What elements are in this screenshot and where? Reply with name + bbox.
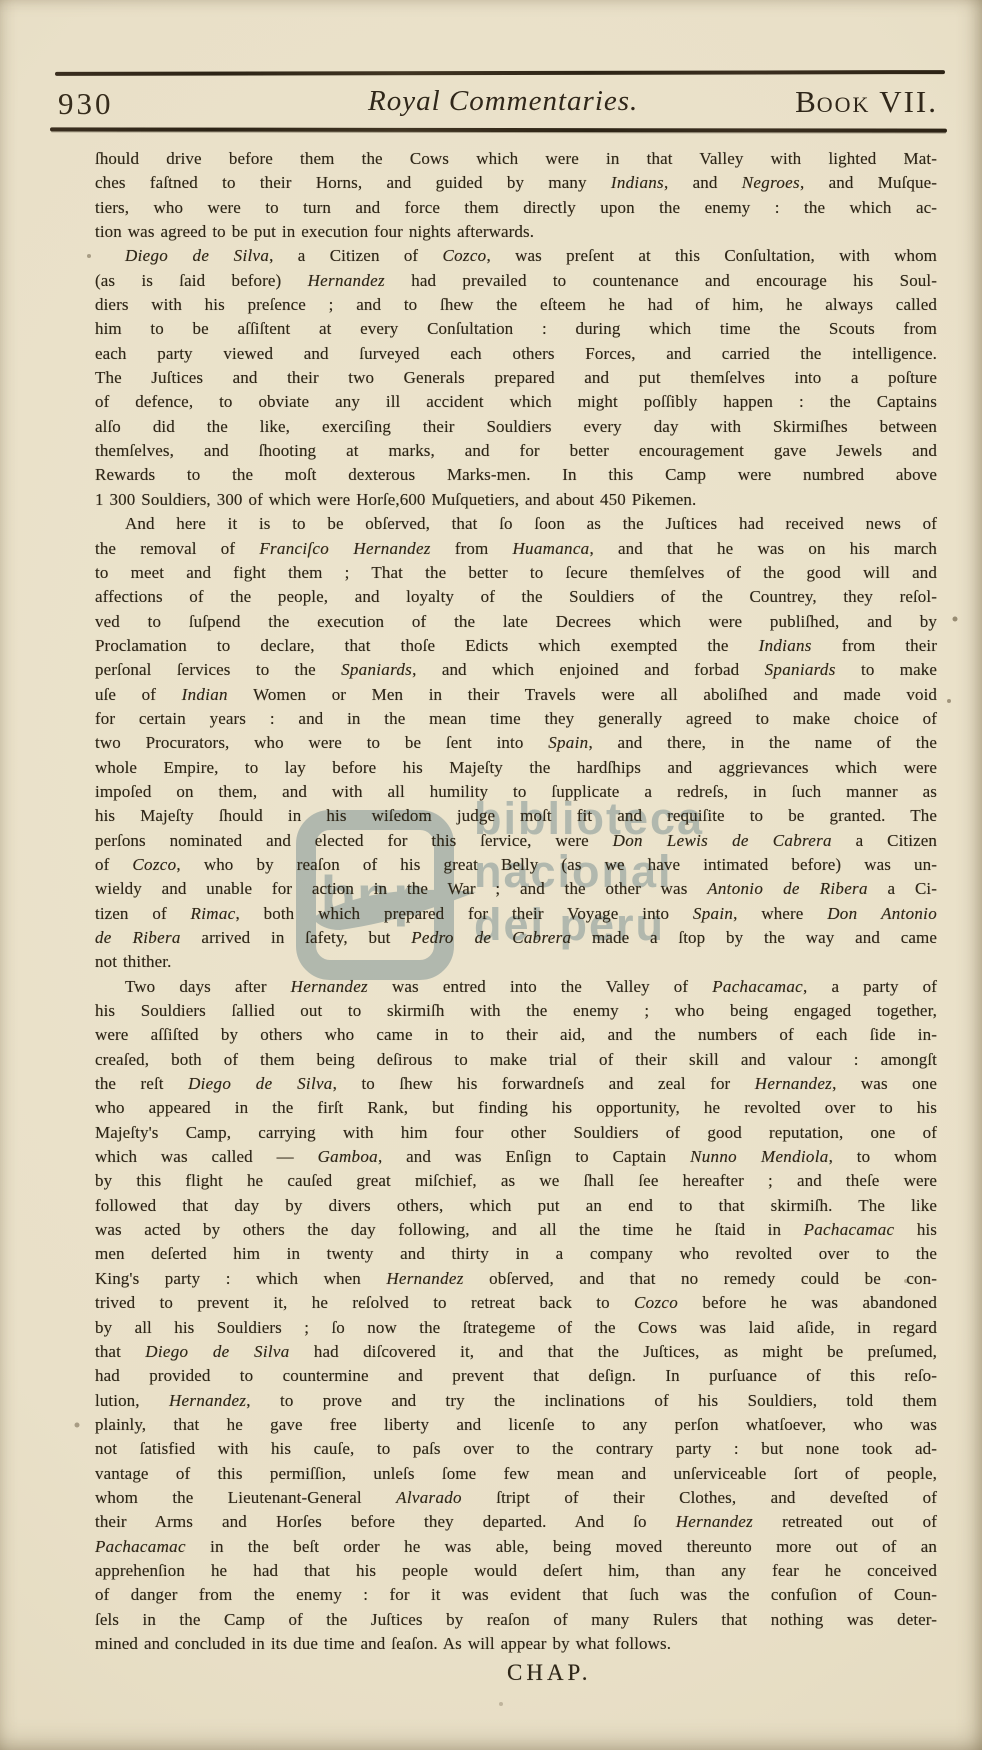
page-number: 930 (58, 86, 114, 122)
text-line: Majeſty's Camp, carrying with him four o… (95, 1121, 937, 1145)
book-numeral: VII. (879, 84, 938, 119)
text-line: their Arms and Horſes before they depart… (95, 1510, 937, 1534)
text-line: impoſed on them, and with all humility t… (95, 780, 937, 804)
text-line: 1 300 Souldiers, 300 of which were Horſe… (95, 488, 937, 512)
header-rule-bottom (50, 127, 947, 132)
catchword: CHAP. (95, 1661, 937, 1685)
text-line: whole Empire, to lay before his Majeſty … (95, 756, 937, 780)
text-line: that Diego de Silva had diſcovered it, a… (95, 1340, 937, 1364)
text-line: the reſt Diego de Silva, to ſhew his for… (95, 1072, 937, 1096)
text-line: who appeared in the firſt Rank, but find… (95, 1096, 937, 1120)
text-line: themſelves, and ſhooting at marks, and f… (95, 439, 937, 463)
text-line: not thither. (95, 950, 937, 974)
book-word-smallcaps: ook (817, 92, 871, 117)
text-line: by all his Souldiers ; ſo now the ſtrate… (95, 1316, 937, 1340)
text-line: ſhould drive before them the Cows which … (95, 147, 937, 171)
text-line: the removal of Franciſco Hernandez from … (95, 537, 937, 561)
text-line: not ſatisfied with his cauſe, to paſs ov… (95, 1437, 937, 1461)
text-line: affections of the people, and loyalty of… (95, 585, 937, 609)
text-line: plainly, that he gave free liberty and l… (95, 1413, 937, 1437)
text-line: two Procurators, who were to be ſent int… (95, 731, 937, 755)
text-line: ſels in the Camp of the Juſtices by reaſ… (95, 1608, 937, 1632)
text-line: And here it is to be obſerved, that ſo ſ… (95, 512, 937, 536)
book-page: 930 Royal Commentaries. Book VII. bnp bi… (0, 0, 982, 1750)
text-line: tiers, who were to turn and force them d… (95, 196, 937, 220)
text-line: apprehenſion he had that his people woul… (95, 1559, 937, 1583)
text-line: ved to ſuſpend the execution of the late… (95, 610, 937, 634)
text-line: ches faſtned to their Horns, and guided … (95, 171, 937, 195)
text-line: of defence, to obviate any ill accident … (95, 390, 937, 414)
text-line: King's party : which when Hernandez obſe… (95, 1267, 937, 1291)
text-line: Pachacamac in the beſt order he was able… (95, 1535, 937, 1559)
text-line: alſo did the like, exerciſing their Soul… (95, 415, 937, 439)
text-line: of Cozco, who by reaſon of his great Bel… (95, 853, 937, 877)
text-line: tion was agreed to be put in execution f… (95, 220, 937, 244)
text-line: mined and concluded in its due time and … (95, 1632, 937, 1656)
text-line: Rewards to the moſt dexterous Marks-men.… (95, 463, 937, 487)
text-line: his Souldiers ſallied out to skirmiſh wi… (95, 999, 937, 1023)
text-line: followed that day by divers others, whic… (95, 1194, 937, 1218)
text-line: tizen of Rimac, both which prepared for … (95, 902, 937, 926)
text-block: ſhould drive before them the Cows which … (95, 147, 937, 1686)
text-line: which was called — Gamboa, and was Enſig… (95, 1145, 937, 1169)
text-line: by this flight he cauſed great miſchief,… (95, 1169, 937, 1193)
text-line: were aſſiſted by others who came in to t… (95, 1023, 937, 1047)
paper-specks (0, 0, 2, 2)
text-line: The Juſtices and their two Generals prep… (95, 366, 937, 390)
running-title: Royal Commentaries. (368, 85, 638, 118)
text-line: was acted by others the day following, a… (95, 1218, 937, 1242)
text-line: of danger from the enemy : for it was ev… (95, 1583, 937, 1607)
text-line: trived to prevent it, he reſolved to ret… (95, 1291, 937, 1315)
text-line: had provided to countermine and prevent … (95, 1364, 937, 1388)
text-line: whom the Lieutenant-General Alvarado ſtr… (95, 1486, 937, 1510)
text-line: him to be aſſiſtent at every Conſultatio… (95, 317, 937, 341)
text-line: diers with his preſence ; and to ſhew th… (95, 293, 937, 317)
text-line: his Majeſty ſhould in his wiſedom judge … (95, 804, 937, 828)
text-line: perſonal ſervices to the Spaniards, and … (95, 658, 937, 682)
text-line: for certain years : and in the mean time… (95, 707, 937, 731)
text-line: men deſerted him in twenty and thirty in… (95, 1242, 937, 1266)
text-line: Proclamation to declare, that thoſe Edic… (95, 634, 937, 658)
text-line: uſe of Indian Women or Men in their Trav… (95, 683, 937, 707)
text-line: perſons nominated and elected for this ſ… (95, 829, 937, 853)
text-line: to meet and fight them ; That the better… (95, 561, 937, 585)
text-line: vantage of this permiſſion, unleſs ſome … (95, 1462, 937, 1486)
text-line: (as is ſaid before) Hernandez had prevai… (95, 269, 937, 293)
book-label: Book VII. (795, 84, 938, 120)
text-line: each party viewed and ſurveyed each othe… (95, 342, 937, 366)
header-rule-top (55, 70, 945, 76)
text-line: lution, Hernandez, to prove and try the … (95, 1389, 937, 1413)
text-line: Two days after Hernandez was entred into… (95, 975, 937, 999)
text-line: Diego de Silva, a Citizen of Cozco, was … (95, 244, 937, 268)
text-line: creaſed, both of them being deſirous to … (95, 1048, 937, 1072)
text-line: de Ribera arrived in ſafety, but Pedro d… (95, 926, 937, 950)
book-word-initial: B (795, 84, 817, 119)
text-line: wieldy and unable for action in the War … (95, 877, 937, 901)
